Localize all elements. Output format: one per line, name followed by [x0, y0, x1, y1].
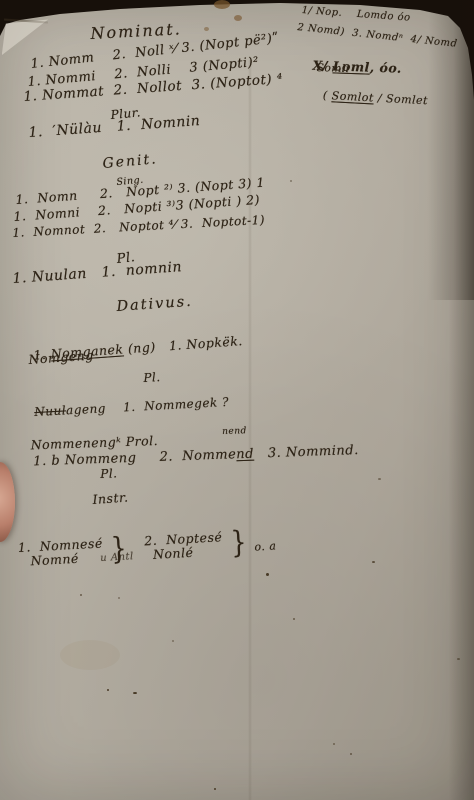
- instrumental-footnote: u Antl: [100, 551, 134, 564]
- instrumental-suffix: o. a: [254, 539, 277, 557]
- prolative-row-prefix: 1. b Nommeng 2. Nomme: [33, 447, 237, 469]
- instrumental-col2-bottom: Nonlé: [145, 545, 224, 563]
- margin-note-line5-suffix: / Somlet: [374, 91, 429, 107]
- prolative-row-underlined: nd: [236, 447, 254, 463]
- dative-plural-heading: Pl.: [143, 370, 161, 385]
- prolative-plural-heading: Pl.: [100, 466, 118, 481]
- dative-row1-suffix: (ng) 1. Nopkëk.: [123, 333, 243, 356]
- instrumental-rows: 1. Nomnesé Nomné } 2. Noptesé Nonlé } o.…: [16, 497, 278, 599]
- margin-note-line5: ( Somlot / Somlet: [306, 75, 429, 120]
- vertical-crease: [248, 60, 252, 800]
- dative-plural-row-struck: Nuul: [34, 403, 66, 419]
- dative-plural-row-rest: ageng 1. Nommegek ?: [66, 395, 230, 418]
- manuscript-photo: 1/ Nop. Lomdo óo 2 Nomd) 3. Nomdⁿ 4/ Nom…: [0, 0, 474, 800]
- instrumental-col1-bottom: Nomné: [18, 551, 104, 570]
- margin-note-line3-suffix: , óo.: [370, 60, 403, 76]
- margin-note-line5-underlined: Somlot: [331, 89, 374, 104]
- prolative-row-suffix: 3. Nommind.: [254, 443, 359, 462]
- brace-glyph: }: [230, 529, 247, 557]
- margin-note-line4: Somli: [317, 62, 350, 75]
